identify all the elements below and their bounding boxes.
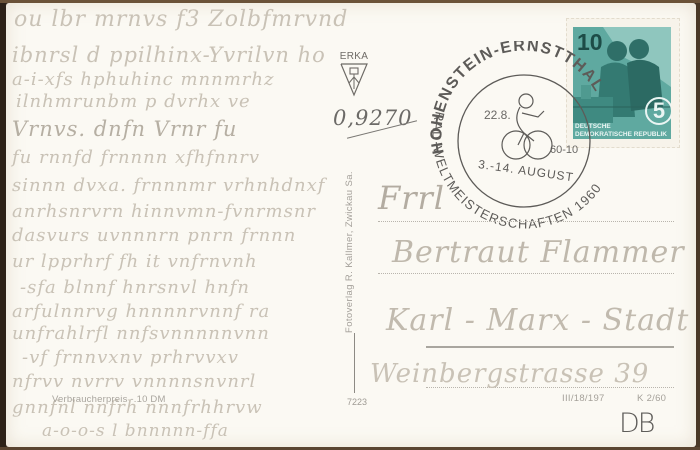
postcard-back: ou lbr mrnvs f3 Zolbfmrvnd ibnrsl d ppil… <box>6 3 696 447</box>
message-line: unfrahlrfl nnfsvnnnnnvnn <box>12 323 270 344</box>
publisher-imprint: Fotoverlag R. Kallmer, Zwickau Sa. <box>344 171 355 333</box>
pencil-initials: DB <box>619 408 653 439</box>
vertical-divider <box>354 333 355 393</box>
message-line: dasvurs uvnnnrn pnrn frnnn <box>12 225 296 246</box>
message-area: ou lbr mrnvs f3 Zolbfmrvnd ibnrsl d ppil… <box>6 3 346 447</box>
scan-border-right <box>696 0 700 450</box>
postmark-city: HOHENSTEIN-ERNSTTHAL <box>429 41 608 155</box>
address-street-city: Karl - Marx - Stadt <box>386 303 689 338</box>
postmark-cancellation: HOHENSTEIN-ERNSTTHAL RAD-WELTMEISTERSCHA… <box>414 41 634 241</box>
postmark-date-day: 22.8. <box>484 108 511 122</box>
message-line: ou lbr mrnvs f3 Zolbfmrvnd <box>14 7 348 32</box>
message-line: fu rnnfd frnnnn xfhfnnrv <box>12 147 260 168</box>
cyclist-icon <box>502 94 552 159</box>
message-line: ilnhmrunbm p dvrhx ve <box>16 91 251 112</box>
postmark-event-dates: 3.-14. AUGUST <box>477 157 574 184</box>
message-line: a-i-xfs hphuhinc mnnmrhz <box>12 69 274 90</box>
print-number: 7223 <box>347 397 367 407</box>
message-line: anrhsnrvrn hinnvmn-fvnrmsnr <box>12 201 316 222</box>
message-line: -vf frnnvxnv prhrvvxv <box>22 347 239 368</box>
address-line-2 <box>378 273 674 274</box>
erka-logo: ERKA <box>334 51 374 101</box>
message-line: Vrnvs. dnfn Vrnr fu <box>12 117 237 141</box>
address-name: Bertraut Flammer <box>392 235 685 270</box>
stamp-plan-symbol: 5 <box>645 97 671 125</box>
price-label: Verbraucherpreis -.10 DM <box>52 394 166 405</box>
address-street: Weinbergstrasse 39 <box>370 359 649 389</box>
address-line-1 <box>378 221 674 222</box>
erka-brand-text: ERKA <box>334 51 374 62</box>
pencil-inventory-number: 0,9270 <box>333 106 412 130</box>
message-line: nfrvv nvrrv vnnnnsnvnrl <box>12 371 256 392</box>
address-salutation: Frrl <box>378 179 445 217</box>
message-line: ur lpprhrf fh it vnfrnvnh <box>12 251 258 272</box>
message-line: sinnn dvxa. frnnnmr vrhnhdnxf <box>12 175 325 196</box>
footer-code-date: K 2/60 <box>637 393 666 404</box>
camera-tripod-triangle-icon <box>340 63 368 97</box>
message-line: a-o-o-s l bnnnnn-ffa <box>42 421 229 441</box>
message-line: arfulnnrvg hnnnnrvnnf ra <box>12 301 270 322</box>
address-line-3 <box>426 346 674 348</box>
message-line: ibnrsl d ppilhinx-Yvrilvn ho <box>12 43 326 67</box>
message-line: -sfa blnnf hnrsnvl hnfn <box>20 277 250 298</box>
footer-code-license: III/18/197 <box>562 393 605 404</box>
postmark-date-time: 60-10 <box>550 144 578 156</box>
